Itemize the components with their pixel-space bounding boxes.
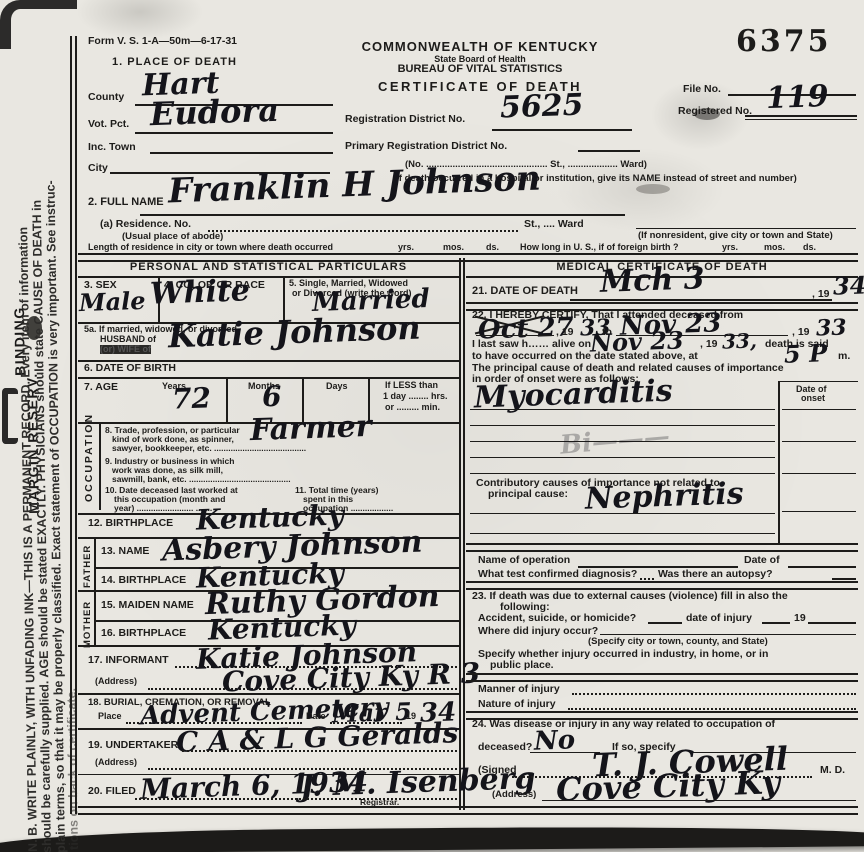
signed-label: (Signed <box>478 765 517 776</box>
mos-label: mos. <box>443 243 464 252</box>
time-of-death-value: 5 P <box>784 341 828 366</box>
industry-label: sawmill, bank, etc. ....................… <box>112 475 291 484</box>
age-label: 7. AGE <box>84 382 118 393</box>
cell-divider <box>226 377 228 422</box>
bureau-subtitle: BUREAU OF VITAL STATISTICS <box>330 64 630 76</box>
less-than-label: or ......... min. <box>385 403 440 412</box>
registration-district-value: 5625 <box>500 91 584 124</box>
yrs-label: yrs. <box>398 243 414 252</box>
date-of-onset-label: onset <box>801 394 825 403</box>
form-border <box>75 36 77 814</box>
rule <box>832 578 856 580</box>
date-of-death-value: Mch 3 <box>600 264 706 298</box>
rule <box>782 511 856 512</box>
form-bottom-border <box>78 806 858 815</box>
last-saw-year: 33, <box>722 330 757 351</box>
form-number: Form V. S. 1-A—50m—6-17-31 <box>88 36 237 47</box>
age-months-value: 6 <box>262 383 282 412</box>
form-border <box>70 36 72 814</box>
rule <box>782 473 856 474</box>
mother-birthplace-label: 16. BIRTHPLACE <box>101 628 186 639</box>
accident-label: Accident, suicide, or homicide? <box>478 613 636 624</box>
rule <box>470 473 775 474</box>
length-residence-label: Length of residence in city or town wher… <box>88 243 333 252</box>
file-no-label: File No. <box>683 84 721 95</box>
rule <box>778 381 858 382</box>
rule <box>140 214 625 216</box>
days-label: Days <box>326 382 348 391</box>
dotted-rule <box>208 230 518 232</box>
spouse-value: Katie Johnson <box>168 312 422 353</box>
ds-label: ds. <box>486 243 499 252</box>
rule <box>476 335 554 336</box>
year-printed: , 19 <box>792 327 810 338</box>
less-than-label: If LESS than <box>385 381 438 390</box>
certificate-stamp-number: 6375 <box>736 26 832 58</box>
year-printed: , 19 <box>812 289 830 300</box>
m-label: m. <box>838 351 850 362</box>
md-label: M. D. <box>820 765 845 776</box>
rule <box>578 150 640 152</box>
informant-address-value: Cove City Ky R 3 <box>222 660 481 697</box>
death-certificate-scan: BINDING MARGIN RESERV. N. B. WRITE PLAIN… <box>0 0 864 852</box>
rule <box>78 377 459 379</box>
year-printed: , 19 <box>556 327 574 338</box>
wife-of-label: (or) WIFE of <box>100 345 151 354</box>
attended-to-year: 33 <box>816 316 847 339</box>
rule <box>542 800 856 801</box>
occupation-side-label: OCCUPATION <box>83 413 95 502</box>
physician-address-label: (Address) <box>492 790 536 800</box>
rule <box>782 441 856 442</box>
rule <box>600 634 856 635</box>
rule <box>788 566 856 568</box>
manner-of-injury-label: Manner of injury <box>478 684 560 695</box>
personal-section-title: PERSONAL AND STATISTICAL PARTICULARS <box>78 262 459 274</box>
operation-label: Name of operation <box>478 555 570 566</box>
section-divider <box>466 581 858 590</box>
dotted-rule <box>640 578 654 580</box>
rule <box>648 622 682 624</box>
autopsy-label: Was there an autopsy? <box>658 569 773 580</box>
father-side-label: FATHER <box>82 545 93 588</box>
rule <box>470 513 775 514</box>
section-divider <box>466 673 858 682</box>
full-name-value: Franklin H Johnson <box>168 162 542 209</box>
rule <box>745 115 857 117</box>
nonresident-note: (If nonresident, give city or town and S… <box>638 231 833 241</box>
voting-precinct-value: Eudora <box>149 94 279 130</box>
cell-divider <box>94 537 96 590</box>
rule <box>78 693 459 695</box>
race-value: White <box>150 276 251 309</box>
date-of-death-year-value: 34 <box>833 273 864 298</box>
yrs-label: yrs. <box>722 243 738 252</box>
rule <box>782 409 856 410</box>
where-injury-label: Where did injury occur? <box>478 626 598 637</box>
column-divider <box>463 258 465 810</box>
binding-corner-mark <box>0 0 77 49</box>
less-than-label: 1 day ........ hrs. <box>383 392 448 401</box>
year-printed: , 19 <box>700 339 718 350</box>
rule <box>570 299 832 301</box>
binding-bracket-mark <box>2 388 18 444</box>
county-label: County <box>88 92 124 103</box>
rule <box>808 622 856 624</box>
abode-note: (Usual place of abode) <box>122 232 223 242</box>
registered-no-label: Registered No. <box>678 106 752 117</box>
rule <box>762 622 790 624</box>
commonwealth-title: COMMONWEALTH OF KENTUCKY <box>330 40 630 54</box>
rule <box>150 152 333 154</box>
onset-column-divider <box>778 381 780 545</box>
city-label: City <box>88 163 108 174</box>
contributory-label: principal cause: <box>488 489 568 500</box>
rule <box>470 409 775 410</box>
undertaker-address-label: (Address) <box>95 758 137 767</box>
inc-town-label: Inc. Town <box>88 142 136 153</box>
column-divider <box>459 258 461 810</box>
burial-place-label: Place <box>98 712 122 721</box>
date-of-birth-label: 6. DATE OF BIRTH <box>84 363 176 374</box>
mother-maiden-label: 15. MAIDEN NAME <box>101 600 194 611</box>
registered-no-value: 119 <box>765 82 829 114</box>
injury-date-label: date of injury <box>686 613 752 624</box>
scan-shadow-band <box>0 824 864 852</box>
trade-value: Farmer <box>250 412 373 446</box>
rule <box>135 132 333 134</box>
cell-divider <box>94 590 96 645</box>
contributory-value: Nephritis <box>585 479 745 515</box>
document-title: CERTIFICATE OF DEATH <box>330 80 630 94</box>
dotted-rule <box>135 798 457 800</box>
rule <box>530 752 600 753</box>
filed-label: 20. FILED <box>88 786 136 797</box>
last-saw-statement: I last saw h…… alive on <box>472 339 591 350</box>
specify-industry-label: public place. <box>490 660 554 671</box>
rule <box>636 228 856 229</box>
operation-date-label: Date of <box>744 555 780 566</box>
residence-label: (a) Residence. No. <box>100 219 191 230</box>
us-residence-label: How long in U. S., if of foreign birth ? <box>520 243 678 252</box>
primary-district-label: Primary Registration District No. <box>345 141 507 152</box>
test-label: What test confirmed diagnosis? <box>478 569 637 580</box>
occurred-statement: to have occurred on the date stated abov… <box>472 351 698 362</box>
dotted-rule <box>568 708 856 710</box>
ds-label: ds. <box>803 243 816 252</box>
registration-district-label: Registration District No. <box>345 114 465 125</box>
sex-value: Male <box>79 289 146 315</box>
informant-label: 17. INFORMANT <box>88 655 169 666</box>
dotted-rule <box>182 750 457 752</box>
rule <box>470 457 775 458</box>
rule <box>492 129 632 131</box>
rule <box>470 533 775 534</box>
deceased-label: deceased? <box>478 742 532 753</box>
nature-of-injury-label: Nature of injury <box>478 699 556 710</box>
occupation-related-value: No <box>534 727 576 754</box>
residence-st-ward-label: St., .... Ward <box>524 219 584 230</box>
rule <box>745 119 857 120</box>
father-birthplace-label: 14. BIRTHPLACE <box>101 575 186 586</box>
specify-city-note: (Specify city or town, county, and State… <box>588 637 768 647</box>
informant-address-label: (Address) <box>95 677 137 686</box>
ink-smudge <box>636 184 670 194</box>
father-name-label: 13. NAME <box>101 546 149 557</box>
margin-note-line: tions on back of certificate. <box>64 688 81 850</box>
birthplace-label: 12. BIRTHPLACE <box>88 518 173 529</box>
undertaker-label: 19. UNDERTAKER <box>88 740 178 751</box>
full-name-label: 2. FULL NAME <box>88 197 164 209</box>
cell-divider <box>99 422 101 510</box>
occupation-related-label: 24. Was disease or injury in any way rel… <box>472 719 775 730</box>
date-of-death-label: 21. DATE OF DEATH <box>472 286 578 298</box>
age-years-value: 72 <box>172 384 212 413</box>
dotted-rule <box>572 693 856 695</box>
voting-precinct-label: Vot. Pct. <box>88 119 129 130</box>
mos-label: mos. <box>764 243 785 252</box>
faint-pencil-note: Bi——— <box>559 423 671 458</box>
injury-year-printed: 19 <box>794 613 806 624</box>
section-divider <box>466 543 858 552</box>
mother-side-label: MOTHER <box>82 601 93 648</box>
cause-of-death-value: Myocarditis <box>474 377 674 414</box>
